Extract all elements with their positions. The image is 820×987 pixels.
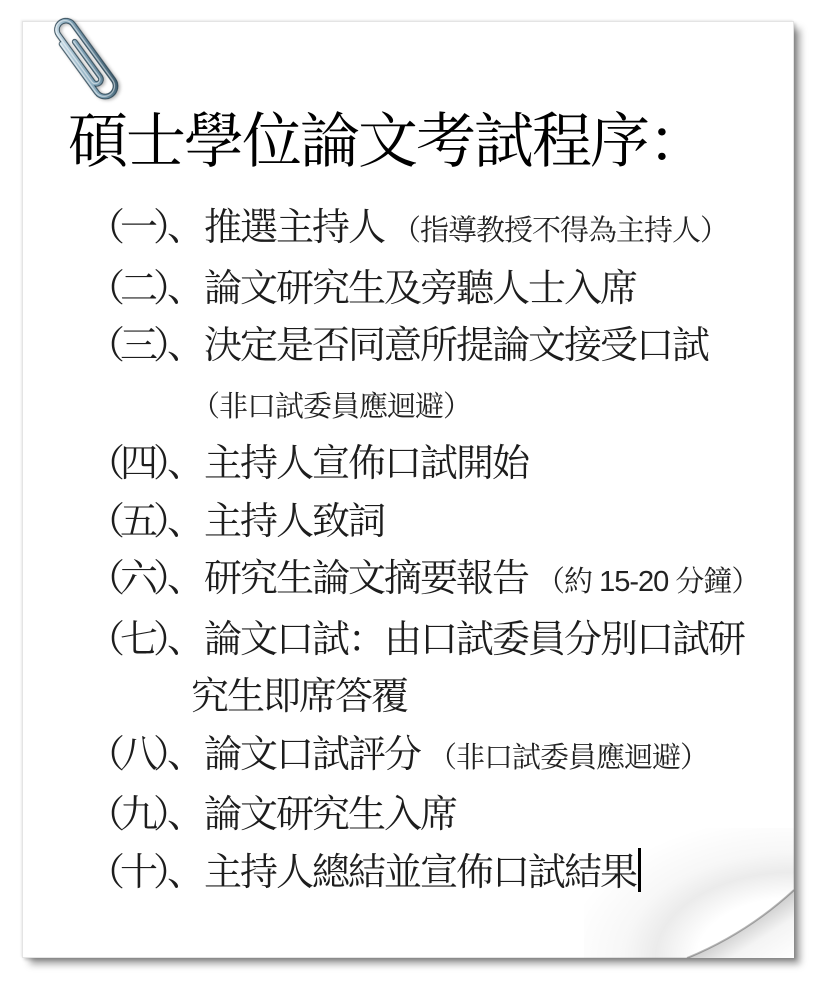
item-number: （八）、: [87, 734, 200, 776]
text-cursor: [638, 848, 641, 892]
list-line-2: （二）、論文研究生及旁聽人士入席: [23, 261, 793, 319]
item-number: （七）、: [87, 619, 200, 661]
list-line-7: （七）、論文口試：由口試委員分別口試研: [23, 612, 793, 670]
item-note: （非口試委員應迴避）: [428, 742, 708, 774]
item-text: 主持人總結並宣佈口試結果: [204, 852, 636, 894]
item-text: 論文口試：由口試委員分別口試研: [204, 619, 744, 661]
item-text: 主持人致詞: [204, 501, 384, 543]
item-number: （六）、: [87, 558, 200, 600]
list-line-1: （一）、推選主持人（指導教授不得為主持人）: [23, 200, 793, 261]
item-note: （非口試委員應迴避）: [191, 391, 471, 423]
item-text: 推選主持人: [204, 207, 384, 249]
list-line-4: （四）、主持人宣佈口試開始: [23, 436, 793, 494]
item-note: （指導教授不得為主持人）: [392, 215, 728, 247]
item-text: 究生即席答覆: [191, 676, 407, 718]
item-number: （一）、: [87, 207, 200, 249]
item-number: （九）、: [87, 794, 200, 836]
note-page[interactable]: 碩士學位論文考試程序： （一）、推選主持人（指導教授不得為主持人） （二）、論文…: [22, 21, 794, 958]
item-text: 論文研究生入席: [204, 794, 456, 836]
item-text: 論文口試評分: [204, 734, 420, 776]
item-text: 研究生論文摘要報告: [204, 558, 528, 600]
page-title: 碩士學位論文考試程序：: [68, 106, 793, 178]
item-number: （五）、: [87, 501, 200, 543]
list-line-7-continuation: 究生即席答覆: [23, 669, 793, 727]
item-note: （約 15-20 分鐘）: [536, 566, 759, 598]
list-line-3-continuation: （非口試委員應迴避）: [23, 376, 793, 437]
item-number: （二）、: [87, 268, 200, 310]
list-line-3: （三）、決定是否同意所提論文接受口試: [23, 318, 793, 376]
list-line-8: （八）、論文口試評分（非口試委員應迴避）: [23, 727, 793, 788]
item-text: 論文研究生及旁聽人士入席: [204, 268, 636, 310]
item-number: （十）、: [87, 852, 200, 894]
list-line-6: （六）、研究生論文摘要報告（約 15-20 分鐘）: [23, 551, 793, 612]
item-number: （三）、: [87, 325, 200, 367]
list-line-9: （九）、論文研究生入席: [23, 787, 793, 845]
procedure-list: （一）、推選主持人（指導教授不得為主持人） （二）、論文研究生及旁聽人士入席 （…: [23, 200, 793, 902]
screenshot-stage: 碩士學位論文考試程序： （一）、推選主持人（指導教授不得為主持人） （二）、論文…: [0, 0, 820, 987]
item-number: （四）、: [87, 443, 200, 485]
item-text: 決定是否同意所提論文接受口試: [204, 325, 708, 367]
item-text: 主持人宣佈口試開始: [204, 443, 528, 485]
list-line-10: （十）、主持人總結並宣佈口試結果: [23, 845, 793, 903]
list-line-5: （五）、主持人致詞: [23, 494, 793, 552]
